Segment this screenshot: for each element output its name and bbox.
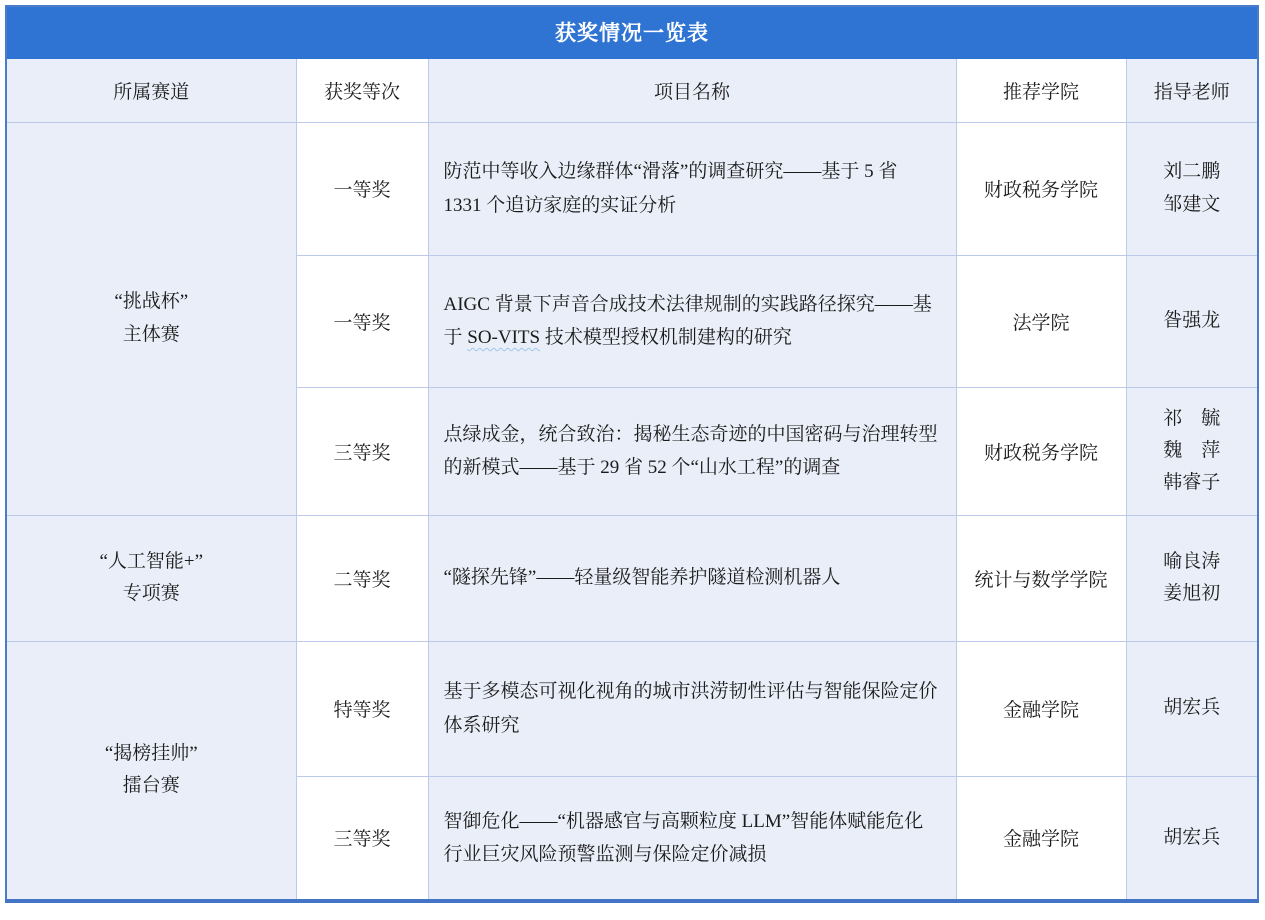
- table-row: “挑战杯” 主体赛 一等奖 防范中等收入边缘群体“滑落”的调查研究——基于 5 …: [6, 122, 1258, 255]
- teacher-name: 昝强龙: [1135, 305, 1250, 337]
- table-row: “揭榜挂帅” 擂台赛 特等奖 基于多模态可视化视角的城市洪涝韧性评估与智能保险定…: [6, 641, 1258, 776]
- table-title: 获奖情况一览表: [6, 6, 1258, 58]
- project-cell: 智御危化——“机器感官与高颗粒度 LLM”智能体赋能危化行业巨灾风险预警监测与保…: [428, 776, 956, 901]
- college-cell: 金融学院: [956, 776, 1126, 901]
- col-header-track: 所属赛道: [6, 58, 296, 122]
- track-name-line1: “揭榜挂帅”: [15, 738, 288, 770]
- teacher-name: 胡宏兵: [1135, 692, 1250, 724]
- teacher-cell: 胡宏兵: [1126, 641, 1258, 776]
- table-row: “人工智能+” 专项赛 二等奖 “隧探先锋”——轻量级智能养护隧道检测机器人 统…: [6, 515, 1258, 641]
- teacher-cell: 喻良涛 姜旭初: [1126, 515, 1258, 641]
- track-name-line2: 擂台赛: [15, 770, 288, 802]
- project-cell: “隧探先锋”——轻量级智能养护隧道检测机器人: [428, 515, 956, 641]
- project-cell: 基于多模态可视化视角的城市洪涝韧性评估与智能保险定价体系研究: [428, 641, 956, 776]
- teacher-name: 姜旭初: [1135, 578, 1250, 610]
- award-cell: 三等奖: [296, 387, 428, 515]
- project-text-suffix: 技术模型授权机制建构的研究: [540, 327, 792, 348]
- college-cell: 财政税务学院: [956, 122, 1126, 255]
- teacher-name: 韩睿子: [1135, 467, 1250, 499]
- college-cell: 财政税务学院: [956, 387, 1126, 515]
- track-cell-jiebang-guashuai: “揭榜挂帅” 擂台赛: [6, 641, 296, 901]
- track-name-line1: “人工智能+”: [15, 546, 288, 578]
- teacher-name: 邹建文: [1135, 189, 1250, 221]
- track-cell-challenge-cup: “挑战杯” 主体赛: [6, 122, 296, 515]
- document-page: 获奖情况一览表 所属赛道 获奖等次 项目名称 推荐学院 指导老师 “挑战杯” 主…: [0, 0, 1265, 920]
- award-cell: 二等奖: [296, 515, 428, 641]
- project-cell: 点绿成金，统合致治：揭秘生态奇迹的中国密码与治理转型的新模式——基于 29 省 …: [428, 387, 956, 515]
- track-name-line2: 主体赛: [15, 319, 288, 351]
- award-cell: 特等奖: [296, 641, 428, 776]
- awards-table: 获奖情况一览表 所属赛道 获奖等次 项目名称 推荐学院 指导老师 “挑战杯” 主…: [5, 5, 1259, 903]
- teacher-name: 祁 毓: [1135, 403, 1250, 435]
- award-cell: 一等奖: [296, 255, 428, 387]
- column-header-row: 所属赛道 获奖等次 项目名称 推荐学院 指导老师: [6, 58, 1258, 122]
- teacher-name: 刘二鹏: [1135, 156, 1250, 188]
- college-cell: 金融学院: [956, 641, 1126, 776]
- teacher-cell: 刘二鹏 邹建文: [1126, 122, 1258, 255]
- teacher-name: 喻良涛: [1135, 546, 1250, 578]
- track-cell-ai-plus: “人工智能+” 专项赛: [6, 515, 296, 641]
- col-header-project: 项目名称: [428, 58, 956, 122]
- teacher-name: 胡宏兵: [1135, 822, 1250, 854]
- college-cell: 统计与数学学院: [956, 515, 1126, 641]
- award-cell: 一等奖: [296, 122, 428, 255]
- col-header-teacher: 指导老师: [1126, 58, 1258, 122]
- project-text-spellcheck: SO-VITS: [467, 327, 540, 348]
- project-cell: AIGC 背景下声音合成技术法律规制的实践路径探究——基于 SO-VITS 技术…: [428, 255, 956, 387]
- track-name-line2: 专项赛: [15, 578, 288, 610]
- teacher-cell: 祁 毓 魏 萍 韩睿子: [1126, 387, 1258, 515]
- teacher-cell: 胡宏兵: [1126, 776, 1258, 901]
- college-cell: 法学院: [956, 255, 1126, 387]
- teacher-name: 魏 萍: [1135, 435, 1250, 467]
- award-cell: 三等奖: [296, 776, 428, 901]
- col-header-college: 推荐学院: [956, 58, 1126, 122]
- track-name-line1: “挑战杯”: [15, 286, 288, 318]
- col-header-award: 获奖等次: [296, 58, 428, 122]
- title-banner-row: 获奖情况一览表: [6, 6, 1258, 58]
- project-cell: 防范中等收入边缘群体“滑落”的调查研究——基于 5 省 1331 个追访家庭的实…: [428, 122, 956, 255]
- teacher-cell: 昝强龙: [1126, 255, 1258, 387]
